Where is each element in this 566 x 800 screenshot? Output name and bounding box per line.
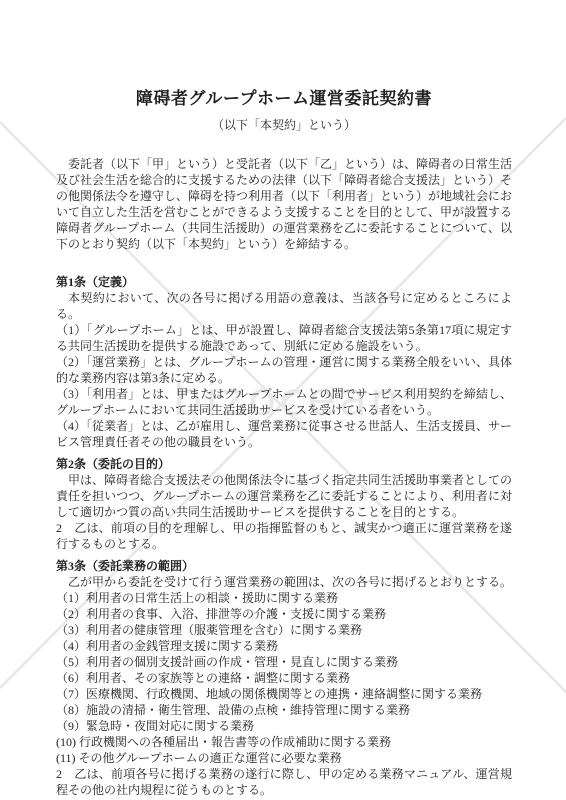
document-page: bizocean 障碍者グループホーム運営委託契約書 （以下「本契約」という） … <box>0 0 566 800</box>
article-paragraph: 2 乙は、前項各号に掲げる業務の遂行に際し、甲の定める業務マニュアル、運営規程そ… <box>56 766 512 798</box>
article-paragraph: 本契約において、次の各号に掲げる用語の意義は、当該各号に定めるところによる。 <box>56 290 512 322</box>
article-section: 第2条（委託の目的） 甲は、障碍者総合支援法その他関係法令に基づく指定共同生活援… <box>56 456 512 552</box>
article-section: 第3条（委託業務の範囲） 乙が甲から委託を受けて行う運営業務の範囲は、次の各号に… <box>56 558 512 798</box>
article-heading: 第3条（委託業務の範囲） <box>56 558 512 574</box>
article-paragraph: （8）施設の清掃・衛生管理、設備の点検・維持管理に関する業務 <box>56 702 512 718</box>
article-heading: 第1条（定義） <box>56 274 512 290</box>
article-paragraph: （1）利用者の日常生活上の相談・援助に関する業務 <box>56 590 512 606</box>
document-subtitle: （以下「本契約」という） <box>56 116 512 133</box>
article-section: 第1条（定義） 本契約において、次の各号に掲げる用語の意義は、当該各号に定めると… <box>56 274 512 450</box>
article-heading: 第2条（委託の目的） <box>56 456 512 472</box>
article-paragraph: (11) その他グループホームの適正な運営に必要な業務 <box>56 750 512 766</box>
article-paragraph: （2）「運営業務」とは、グループホームの管理・運営に関する業務全般をいい、具体的… <box>56 354 512 386</box>
article-paragraph: （4）「従業者」とは、乙が雇用し、運営業務に従事させる世話人、生活支援員、サービ… <box>56 418 512 450</box>
article-paragraph: （6）利用者、その家族等との連絡・調整に関する業務 <box>56 670 512 686</box>
article-paragraph: （4）利用者の金銭管理支援に関する業務 <box>56 638 512 654</box>
article-paragraph: (10) 行政機関への各種届出・報告書等の作成補助に関する業務 <box>56 734 512 750</box>
document-content: 障碍者グループホーム運営委託契約書 （以下「本契約」という） 委託者（以下「甲」… <box>56 84 512 798</box>
article-paragraph: （3）利用者の健康管理（服薬管理を含む）に関する業務 <box>56 622 512 638</box>
article-paragraph: （9）緊急時・夜間対応に関する業務 <box>56 718 512 734</box>
article-paragraph: 2 乙は、前項の目的を理解し、甲の指揮監督のもと、誠実かつ適正に運営業務を遂行す… <box>56 520 512 552</box>
article-paragraph: （2）利用者の食事、入浴、排泄等の介護・支援に関する業務 <box>56 606 512 622</box>
article-paragraph: （3）「利用者」とは、甲またはグループホームとの間でサービス利用契約を締結し、グ… <box>56 386 512 418</box>
document-title: 障碍者グループホーム運営委託契約書 <box>56 84 512 109</box>
article-paragraph: 乙が甲から委託を受けて行う運営業務の範囲は、次の各号に掲げるとおりとする。 <box>56 574 512 590</box>
article-paragraph: （7）医療機関、行政機関、地域の関係機関等との連携・連絡調整に関する業務 <box>56 686 512 702</box>
article-paragraph: 甲は、障碍者総合支援法その他関係法令に基づく指定共同生活援助事業者としての責任を… <box>56 472 512 520</box>
articles-container: 第1条（定義） 本契約において、次の各号に掲げる用語の意義は、当該各号に定めると… <box>56 274 512 798</box>
intro-paragraph: 委託者（以下「甲」という）と受託者（以下「乙」という）は、障碍者の日常生活及び社… <box>56 156 512 252</box>
article-paragraph: （1）「グループホーム」とは、甲が設置し、障碍者総合支援法第5条第17項に規定す… <box>56 322 512 354</box>
article-paragraph: （5）利用者の個別支援計画の作成・管理・見直しに関する業務 <box>56 654 512 670</box>
